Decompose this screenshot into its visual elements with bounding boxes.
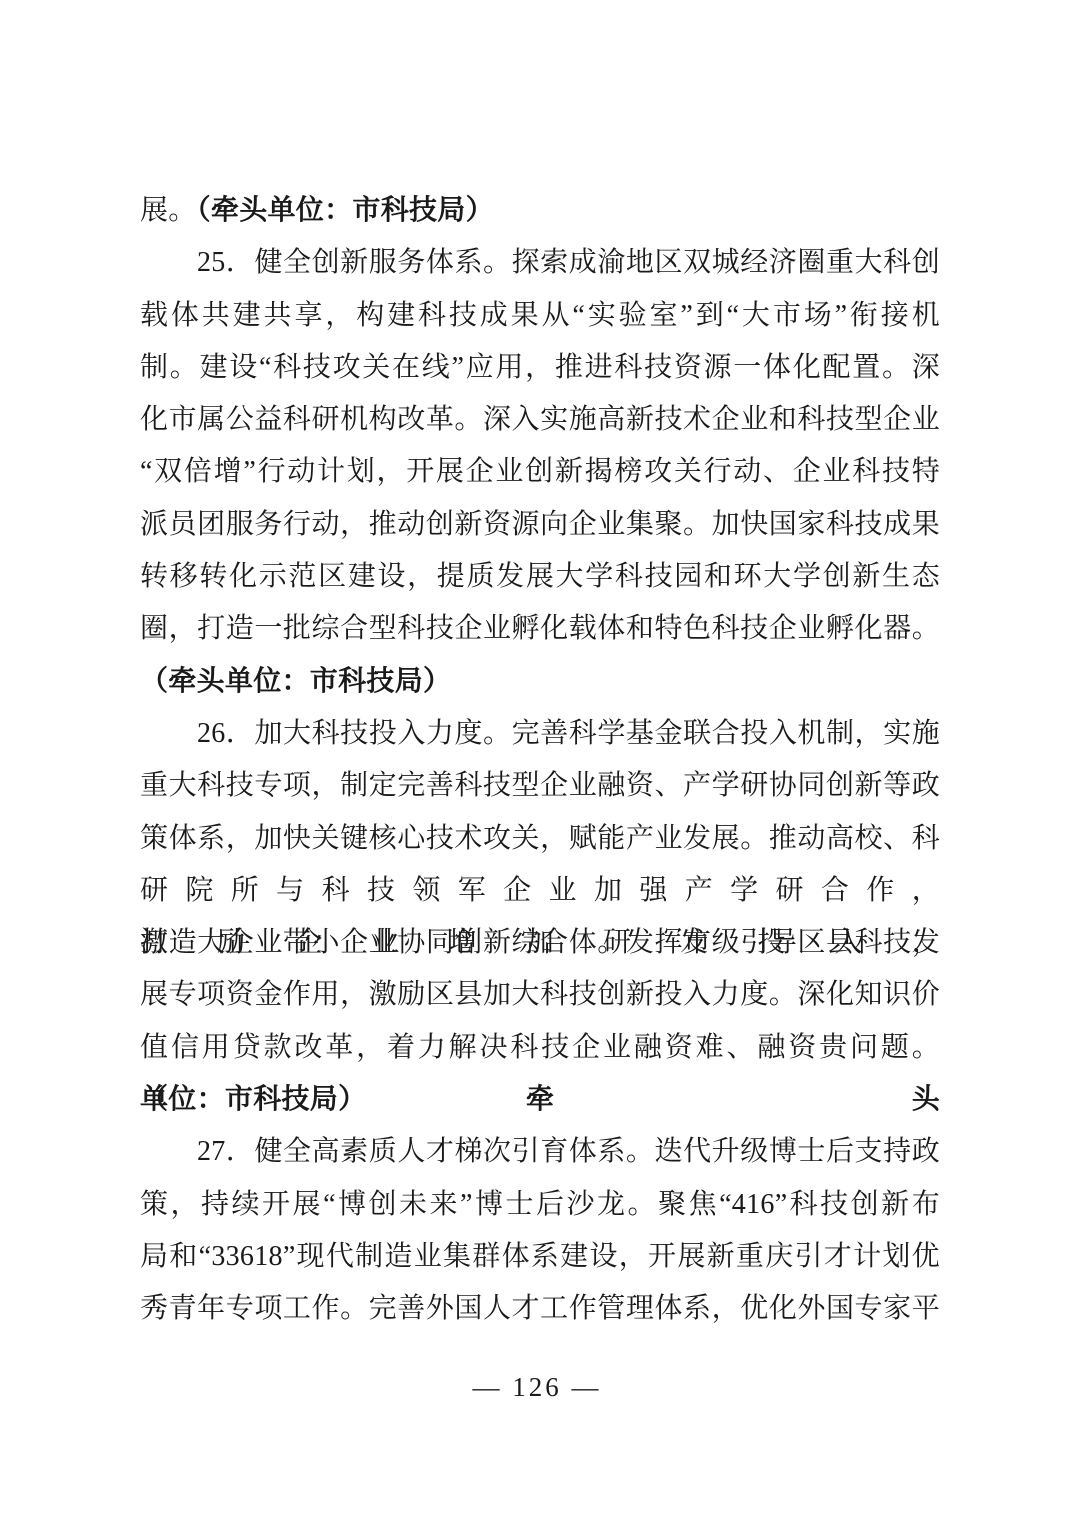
lead-unit-text: （牵头单位：市科技局） bbox=[197, 195, 494, 226]
text-line: 重大科技专项，制定完善科技型企业融资、产学研协同创新等政 bbox=[140, 760, 940, 812]
text-line: 圈，打造一批综合型科技企业孵化载体和特色科技企业孵化器。 bbox=[140, 603, 940, 655]
text-segment: 打造大企业带小企业协同创新综合体。发挥市级引导区县科技发 bbox=[140, 927, 940, 958]
text-line: 载体共建共享，构建科技成果从“实验室”到“大市场”衔接机 bbox=[140, 290, 940, 342]
text-segment: 展。 bbox=[140, 195, 197, 226]
text-segment: 25．健全创新服务体系。探索成渝地区双城经济圈重大科创 bbox=[197, 247, 940, 278]
text-segment: 展专项资金作用，激励区县加大科技创新投入力度。深化知识价 bbox=[140, 979, 940, 1010]
text-segment: 27．健全高素质人才梯次引育体系。迭代升级博士后支持政 bbox=[197, 1136, 940, 1167]
text-line: （牵头单位：市科技局） bbox=[140, 656, 940, 708]
text-line: “双倍增”行动计划，开展企业创新揭榜攻关行动、企业科技特 bbox=[140, 446, 940, 498]
text-segment: 载体共建共享，构建科技成果从“实验室”到“大市场”衔接机 bbox=[140, 300, 940, 331]
text-line: 展专项资金作用，激励区县加大科技创新投入力度。深化知识价 bbox=[140, 969, 940, 1021]
text-line: 研院所与科技领军企业加强产学研合作，激励企业增加研发投入， bbox=[140, 865, 940, 917]
text-line: 派员团服务行动，推动创新资源向企业集聚。加快国家科技成果 bbox=[140, 499, 940, 551]
text-segment: 策，持续开展“博创未来”博士后沙龙。聚焦“416”科技创新布 bbox=[140, 1189, 940, 1220]
text-segment: 转移转化示范区建设，提质发展大学科技园和环大学创新生态 bbox=[140, 561, 940, 592]
text-segment: 局和“33618”现代制造业集群体系建设，开展新重庆引才计划优 bbox=[140, 1241, 940, 1272]
text-line: 策，持续开展“博创未来”博士后沙龙。聚焦“416”科技创新布 bbox=[140, 1179, 940, 1231]
text-line: 化市属公益科研机构改革。深入实施高新技术企业和科技型企业 bbox=[140, 394, 940, 446]
document-page: 展。（牵头单位：市科技局）25．健全创新服务体系。探索成渝地区双城经济圈重大科创… bbox=[0, 0, 1074, 1520]
lead-unit-text: 单位：市科技局） bbox=[140, 1084, 366, 1115]
text-line: 打造大企业带小企业协同创新综合体。发挥市级引导区县科技发 bbox=[140, 917, 940, 969]
text-segment: 圈，打造一批综合型科技企业孵化载体和特色科技企业孵化器。 bbox=[140, 613, 940, 644]
text-line: 秀青年专项工作。完善外国人才工作管理体系，优化外国专家平 bbox=[140, 1283, 940, 1335]
lead-unit-text: （牵头单位：市科技局） bbox=[140, 666, 451, 697]
text-line: 展。（牵头单位：市科技局） bbox=[140, 185, 940, 237]
text-segment: 秀青年专项工作。完善外国人才工作管理体系，优化外国专家平 bbox=[140, 1293, 940, 1324]
text-segment: 值信用贷款改革，着力解决科技企业融资难、融资贵问题。 bbox=[140, 1032, 940, 1063]
text-segment: “双倍增”行动计划，开展企业创新揭榜攻关行动、企业科技特 bbox=[140, 456, 940, 487]
text-line: 局和“33618”现代制造业集群体系建设，开展新重庆引才计划优 bbox=[140, 1231, 940, 1283]
text-line: 25．健全创新服务体系。探索成渝地区双城经济圈重大科创 bbox=[140, 237, 940, 289]
text-line: 策体系，加快关键核心技术攻关，赋能产业发展。推动高校、科 bbox=[140, 813, 940, 865]
text-line: 26．加大科技投入力度。完善科学基金联合投入机制，实施 bbox=[140, 708, 940, 760]
text-line: 制。建设“科技攻关在线”应用，推进科技资源一体化配置。深 bbox=[140, 342, 940, 394]
text-segment: 策体系，加快关键核心技术攻关，赋能产业发展。推动高校、科 bbox=[140, 823, 940, 854]
text-segment: 重大科技专项，制定完善科技型企业融资、产学研协同创新等政 bbox=[140, 770, 940, 801]
page-number: — 126 — bbox=[0, 1372, 1074, 1403]
text-line: 27．健全高素质人才梯次引育体系。迭代升级博士后支持政 bbox=[140, 1126, 940, 1178]
text-segment: 化市属公益科研机构改革。深入实施高新技术企业和科技型企业 bbox=[140, 404, 940, 435]
document-body: 展。（牵头单位：市科技局）25．健全创新服务体系。探索成渝地区双城经济圈重大科创… bbox=[140, 185, 940, 1336]
text-segment: 26．加大科技投入力度。完善科学基金联合投入机制，实施 bbox=[197, 718, 940, 749]
text-line: 值信用贷款改革，着力解决科技企业融资难、融资贵问题。（牵头 bbox=[140, 1022, 940, 1074]
text-segment: 派员团服务行动，推动创新资源向企业集聚。加快国家科技成果 bbox=[140, 509, 940, 540]
text-line: 转移转化示范区建设，提质发展大学科技园和环大学创新生态 bbox=[140, 551, 940, 603]
text-segment: 制。建设“科技攻关在线”应用，推进科技资源一体化配置。深 bbox=[140, 352, 940, 383]
